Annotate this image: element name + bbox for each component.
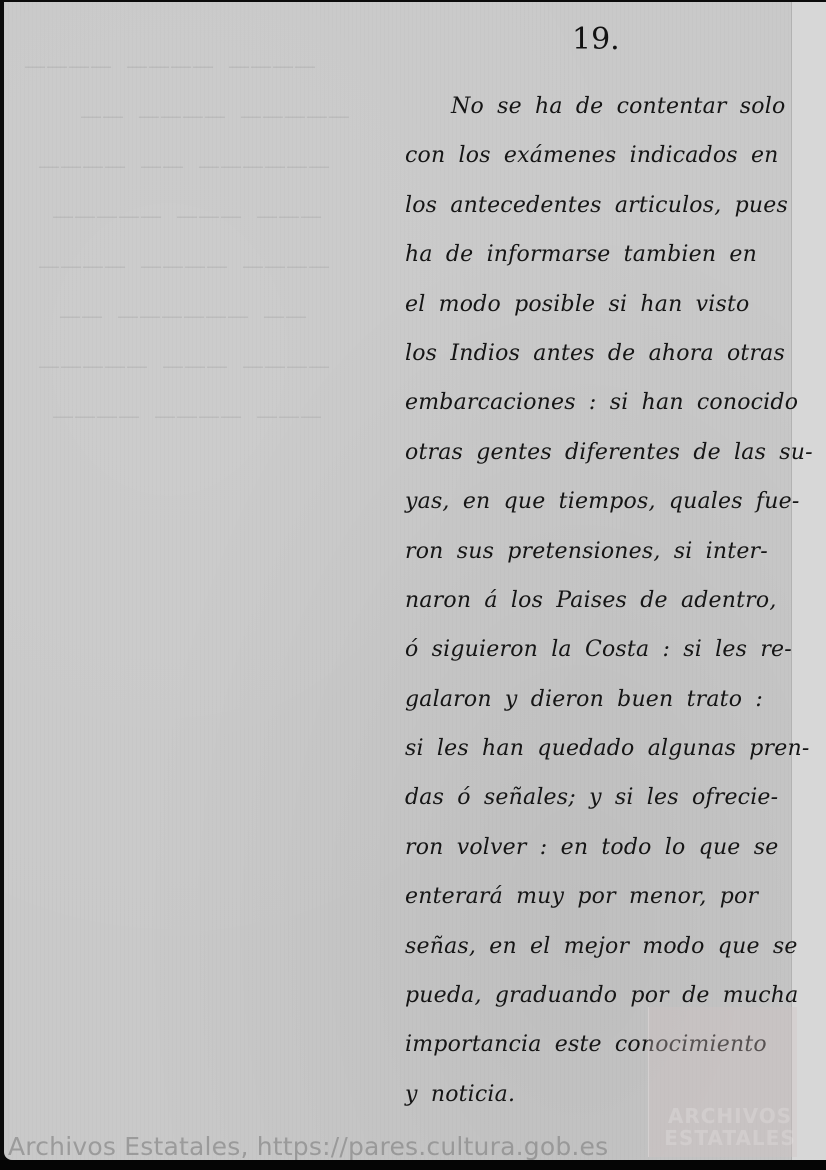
text-line: enterará muy por menor, por bbox=[405, 872, 775, 921]
document-viewer: ———— ———— ———— —— ———— ————— ———— —— ———… bbox=[0, 0, 826, 1170]
archive-logo-watermark: ARCHIVOS ESTATALES bbox=[660, 1105, 800, 1149]
text-line: galaron y dieron buen trato : bbox=[405, 675, 775, 724]
text-line: naron á los Paises de adentro, bbox=[405, 576, 775, 625]
folio-number: 19. bbox=[572, 22, 620, 57]
text-line: No se ha de contentar solo bbox=[405, 82, 775, 131]
archive-credit-watermark: Archivos Estatales, https://pares.cultur… bbox=[8, 1132, 608, 1161]
bleed-through-text: ———— ———— ———— —— ———— ————— ———— —— ———… bbox=[24, 42, 404, 442]
text-line: si les han quedado algunas pren- bbox=[405, 724, 775, 773]
text-line: ó siguieron la Costa : si les re- bbox=[405, 625, 775, 674]
text-line: yas, en que tiempos, quales fue- bbox=[405, 477, 775, 526]
text-line: otras gentes diferentes de las su- bbox=[405, 428, 775, 477]
logo-line-2: ESTATALES bbox=[660, 1127, 800, 1149]
text-line: das ó señales; y si les ofrecie- bbox=[405, 773, 775, 822]
text-line: el modo posible si han visto bbox=[405, 280, 775, 329]
logo-line-1: ARCHIVOS bbox=[660, 1105, 800, 1127]
text-line: ha de informarse tambien en bbox=[405, 230, 775, 279]
manuscript-text: No se ha de contentar solo con los exáme… bbox=[405, 82, 775, 1119]
text-line: con los exámenes indicados en bbox=[405, 131, 775, 180]
text-line: embarcaciones : si han conocido bbox=[405, 378, 775, 427]
text-line: ron sus pretensiones, si inter- bbox=[405, 527, 775, 576]
text-line: los antecedentes articulos, pues bbox=[405, 181, 775, 230]
bottom-frame bbox=[0, 1160, 826, 1170]
text-line: señas, en el mejor modo que se bbox=[405, 922, 775, 971]
text-line: los Indios antes de ahora otras bbox=[405, 329, 775, 378]
text-line: ron volver : en todo lo que se bbox=[405, 823, 775, 872]
